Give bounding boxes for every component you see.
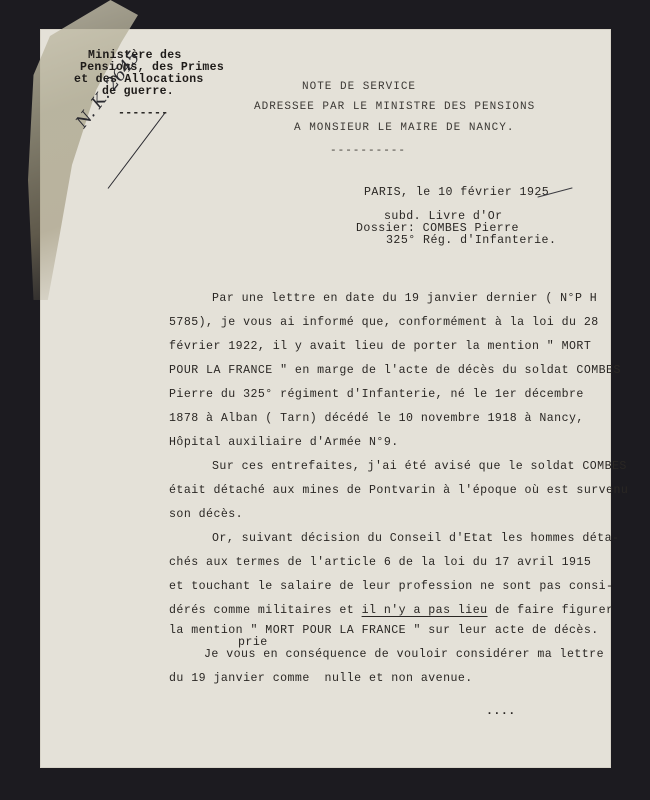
p2-line-3: son décès. [169,508,243,522]
title-line-1: NOTE DE SERVICE [302,80,416,94]
p3-line-2: chés aux termes de l'article 6 de la loi… [169,556,591,570]
p4-line-1: Je vous en conséquence de vouloir consid… [204,648,604,662]
p1-line-7: Hôpital auxiliaire d'Armée N°9. [169,436,399,450]
p3-line-1: Or, suivant décision du Conseil d'Etat l… [212,532,619,546]
p3-line-4-end: de faire figurer [488,604,614,617]
underlined-phrase: il n'y a pas lieu [362,604,488,617]
p2-line-2: était détaché aux mines de Pontvarin à l… [169,484,628,498]
continuation-mark: .... [486,705,516,719]
p3-line-4-start: dérés comme militaires et [169,604,362,617]
p3-line-3: et touchant le salaire de leur professio… [169,580,613,594]
p3-line-4: dérés comme militaires et il n'y a pas l… [169,604,613,618]
title-separator: ---------- [330,144,406,158]
p1-line-3: février 1922, il y avait lieu de porter … [169,340,591,354]
date-line: PARIS, le 10 février 1925 [364,186,549,200]
p1-line-1: Par une lettre en date du 19 janvier der… [212,292,597,306]
p1-line-6: 1878 à Alban ( Tarn) décédé le 10 novemb… [169,412,584,426]
title-line-3: A MONSIEUR LE MAIRE DE NANCY. [294,121,514,135]
p3-line-5: la mention " MORT POUR LA FRANCE " sur l… [169,624,599,638]
p2-line-1: Sur ces entrefaites, j'ai été avisé que … [212,460,627,474]
p4-line-2: du 19 janvier comme nulle et non avenue. [169,672,473,686]
reference-line-3: 325° Rég. d'Infanterie. [386,234,556,248]
p1-line-5: Pierre du 325° régiment d'Infanterie, né… [169,388,584,402]
p1-line-4: POUR LA FRANCE " en marge de l'acte de d… [169,364,621,378]
p1-line-2: 5785), je vous ai informé que, conformém… [169,316,599,330]
title-line-2: ADRESSEE PAR LE MINISTRE DES PENSIONS [254,100,535,114]
